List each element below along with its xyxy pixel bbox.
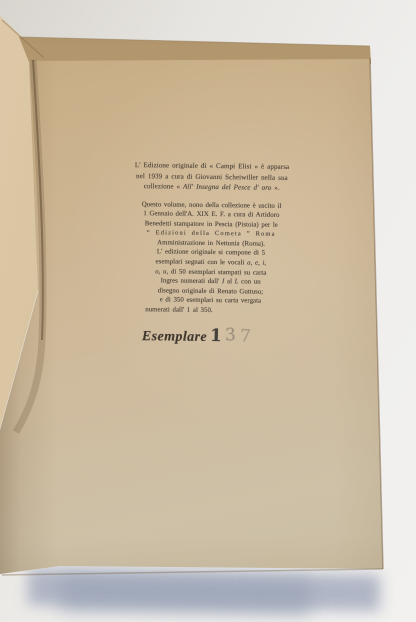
colophon-text: L' Edizione originale di « Campi Elisi »… (117, 160, 305, 347)
stamp-digit: 1 (210, 328, 222, 345)
colophon-line-fragment: con un (238, 279, 260, 286)
book-photo: L' Edizione originale di « Campi Elisi »… (0, 0, 416, 622)
gutter-crease-soft (16, 60, 43, 432)
colophon-line: numerati dall' 1 al 350. (145, 305, 275, 316)
turned-page-fold-line (2, 20, 44, 58)
vowels-italic: o, u, (155, 268, 168, 275)
copy-number-line: Esemplare137 (117, 324, 303, 346)
colophon-line-fragment: al (224, 278, 234, 285)
stamp-digit: 7 (239, 328, 251, 345)
right-page-edge-line (370, 58, 383, 569)
colophon-line-fragment: ». (271, 184, 280, 192)
colophon-line: collezione « All' Insegna del Pesce d' o… (119, 181, 305, 194)
stamp-digit: 3 (225, 327, 236, 344)
colophon-line-fragment: esemplari segnati con le vocali (156, 258, 248, 266)
vowels-italic: a, e, i, (247, 260, 266, 267)
colophon-narrow-block: L' edizione originale si compone di 5 es… (145, 248, 276, 317)
colophon-line-fragment: di 50 esemplari stampati su carta (168, 268, 266, 276)
bottom-page-edge-line (2, 569, 383, 575)
top-edge-line (19, 37, 370, 46)
collection-name-italic: All' Insegna del Pesce d' oro (183, 183, 271, 192)
colophon-line-fragment: Ingres numerati dall' (161, 278, 223, 286)
colophon-paragraph-2: Questo volume, nono della collezione è u… (117, 199, 304, 316)
colophon-paragraph-1: L' Edizione originale di « Campi Elisi »… (119, 160, 305, 194)
colophon-line-fragment: collezione « (144, 182, 183, 190)
copy-number-stamp: 137 (210, 326, 251, 345)
esemplare-label: Esemplare (142, 329, 207, 345)
